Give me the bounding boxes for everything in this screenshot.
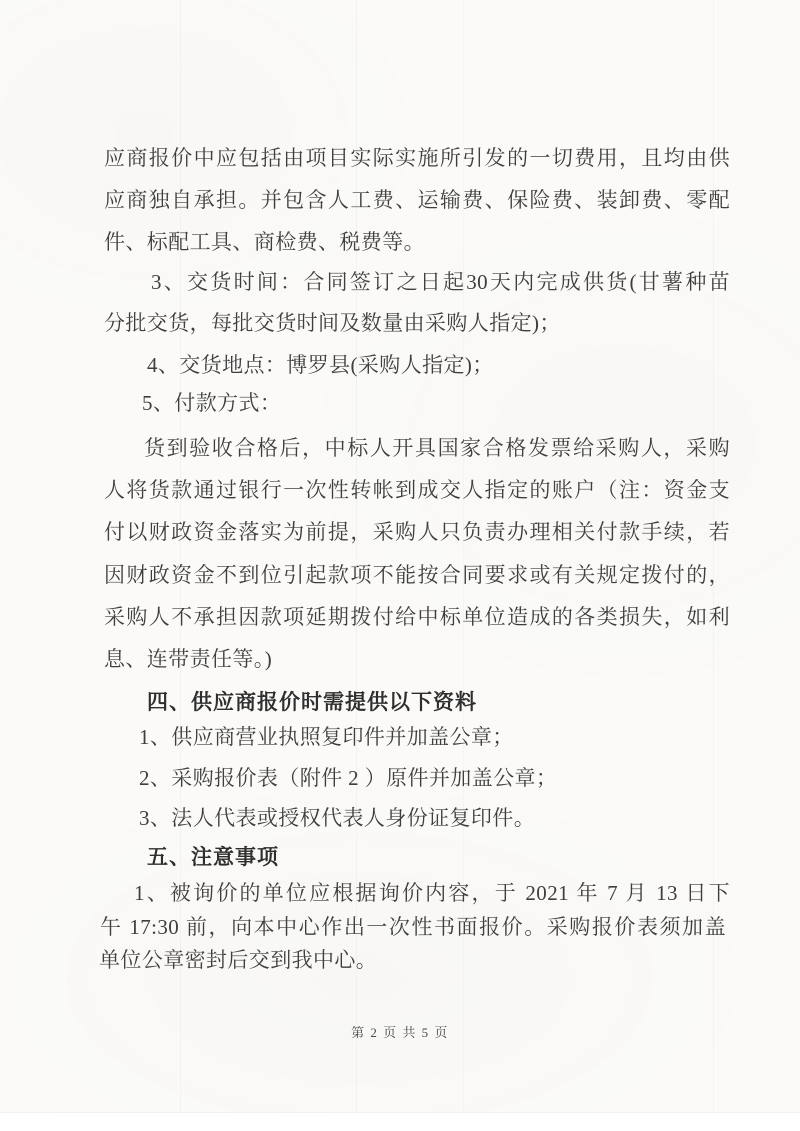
page-number: 第 2 页 共 5 页 bbox=[0, 1024, 800, 1042]
item-id-copy: 3、法人代表或授权代表人身份证复印件。 bbox=[104, 804, 765, 832]
item-delivery-time-line: 分批交货，每批交货时间及数量由采购人指定)； bbox=[104, 309, 730, 337]
heading-section-4: 四、供应商报价时需提供以下资料 bbox=[104, 688, 773, 716]
item-business-license: 1、供应商营业执照复印件并加盖公章； bbox=[104, 723, 765, 751]
para-supplier-cost-line: 应商报价中应包括由项目实际实施所引发的一切费用，且均由供 bbox=[104, 144, 730, 172]
item-delivery-place: 4、交货地点：博罗县(采购人指定)； bbox=[104, 351, 773, 379]
item-payment-method: 5、付款方式： bbox=[104, 389, 768, 417]
para-payment-terms-line: 货到验收合格后，中标人开具国家合格发票给采购人，采购 bbox=[104, 434, 730, 462]
heading-section-5: 五、注意事项 bbox=[104, 843, 773, 871]
para-payment-terms-line: 息、连带责任等。) bbox=[104, 645, 730, 673]
para-notice-line: 1、被询价的单位应根据询价内容，于 2021 年 7 月 13 日下 bbox=[104, 879, 730, 907]
para-payment-terms-line: 人将货款通过银行一次性转帐到成交人指定的账户（注：资金支 bbox=[104, 476, 730, 504]
para-payment-terms-line: 因财政资金不到位引起款项不能按合同要求或有关规定拨付的， bbox=[104, 561, 730, 589]
item-delivery-time-line: 3、交货时间：合同签订之日起30天内完成供货(甘薯种苗 bbox=[104, 268, 730, 296]
scanned-document-page: 应商报价中应包括由项目实际实施所引发的一切费用，且均由供 应商独自承担。并包含人… bbox=[0, 0, 800, 1113]
para-supplier-cost-line: 应商独自承担。并包含人工费、运输费、保险费、装卸费、零配 bbox=[104, 186, 730, 214]
para-supplier-cost-line: 件、标配工具、商检费、税费等。 bbox=[104, 228, 730, 256]
para-notice-line: 午 17:30 前，向本中心作出一次性书面报价。采购报价表须加盖 bbox=[100, 913, 726, 941]
para-payment-terms-line: 付以财政资金落实为前提，采购人只负责办理相关付款手续，若 bbox=[104, 518, 730, 546]
item-quotation-form: 2、采购报价表（附件 2 ）原件并加盖公章； bbox=[104, 764, 765, 792]
para-payment-terms-line: 采购人不承担因款项延期拨付给中标单位造成的各类损失，如利 bbox=[104, 603, 730, 631]
para-notice-line: 单位公章密封后交到我中心。 bbox=[99, 946, 725, 974]
